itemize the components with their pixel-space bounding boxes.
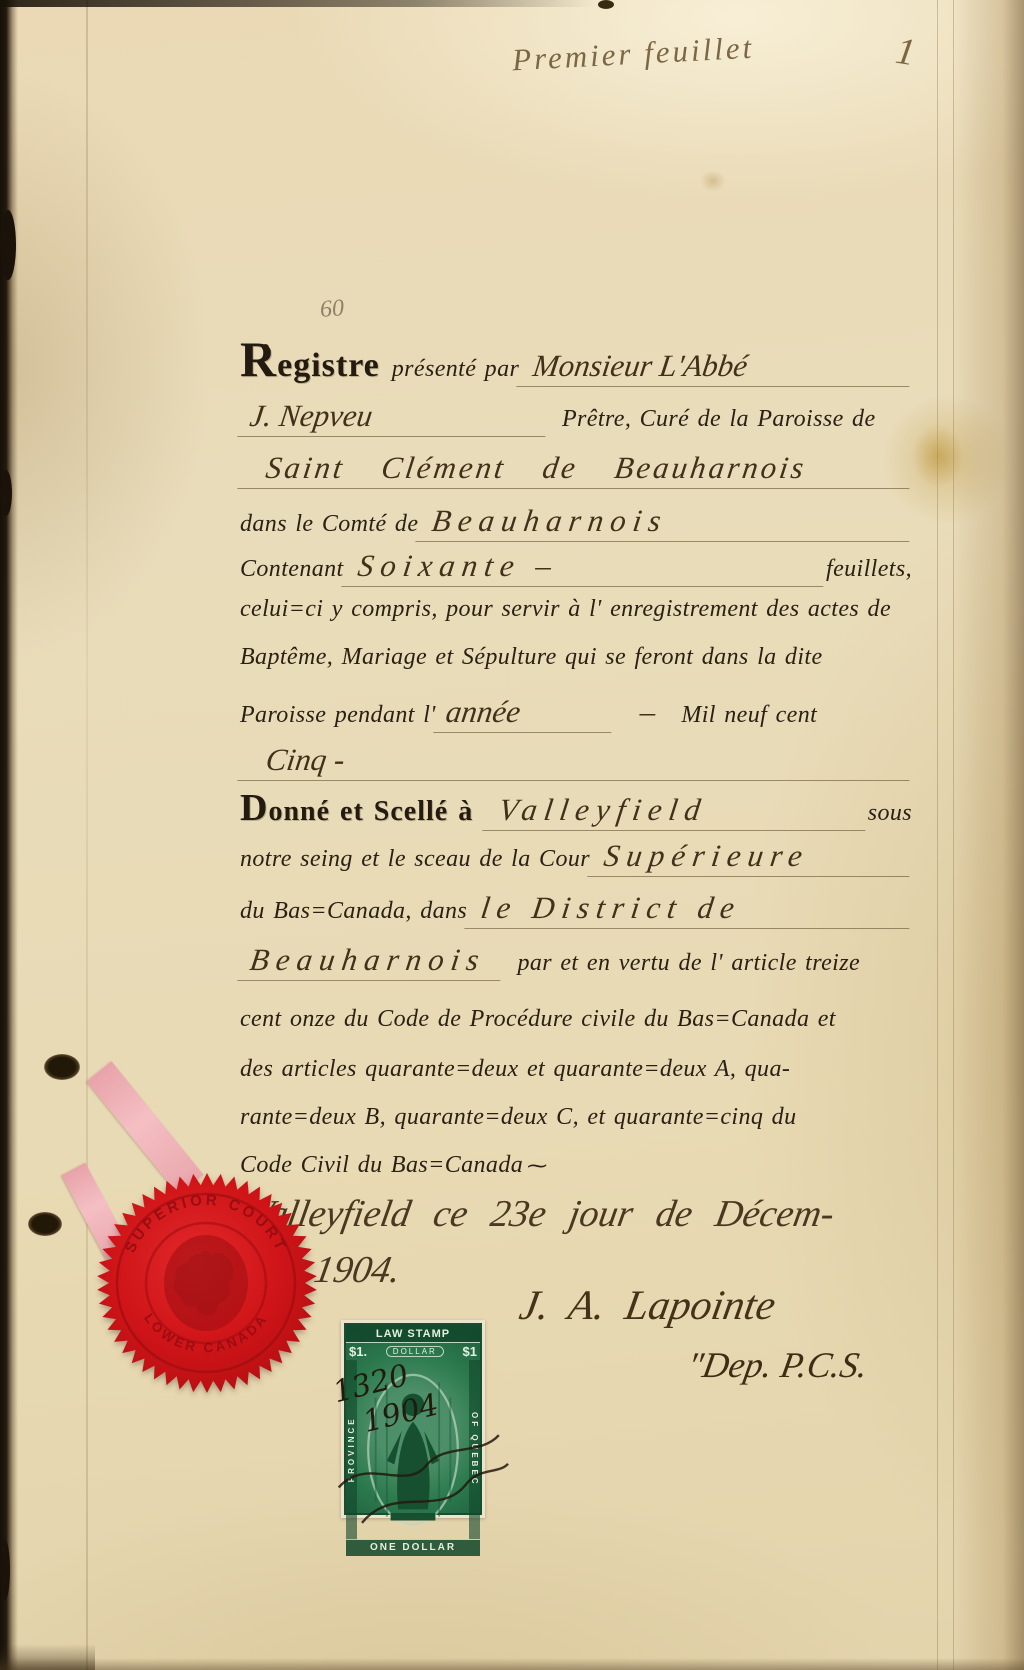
punch-hole: [44, 1054, 80, 1080]
form-line-county: dans le Comté de Beauharnois: [240, 503, 912, 542]
printed-given-sealed: Donné et Scellé à: [240, 786, 485, 830]
paper-stain: [912, 424, 964, 488]
paper-crease: [86, 0, 88, 1670]
printed-text: du Bas=Canada, dans: [240, 898, 467, 925]
seal-emblem: [164, 1235, 248, 1331]
printed-text: Mil neuf cent: [681, 702, 817, 729]
handwritten-year-value: Cinq -: [237, 742, 914, 781]
form-line-registre: Registre présenté par Monsieur L'Abbé: [240, 330, 912, 388]
handwritten-parish: Saint Clément de Beauharnois: [237, 450, 914, 489]
form-line-year-value: Cinq -: [240, 742, 912, 781]
stamp-side-right: OF QUEBEC: [469, 1360, 480, 1539]
form-line-clause2: Baptême, Mariage et Sépulture qui se fer…: [240, 644, 912, 671]
page-top-edge: [0, 0, 594, 7]
handwritten-place: Valleyfield: [482, 792, 870, 831]
form-line-district: du Bas=Canada, dans le District de: [240, 890, 912, 929]
handwritten-year-word: année: [433, 694, 616, 733]
form-line-clause9: rante=deux B, quarante=deux C, et quaran…: [240, 1104, 912, 1131]
form-line-court: notre seing et le sceau de la Cour Supér…: [240, 838, 912, 877]
printed-text: celui=ci y compris, pour servir à l' enr…: [240, 596, 891, 623]
handwritten-district: le District de: [464, 890, 914, 929]
handwritten-priest-name: J. Nepveu: [237, 398, 550, 437]
binding-blob: [0, 470, 12, 516]
form-line-clause8: des articles quarante=deux et quarante=d…: [240, 1056, 912, 1083]
stamp-bottom-label: ONE DOLLAR: [346, 1539, 480, 1556]
form-line-parish: Saint Clément de Beauharnois: [240, 450, 912, 489]
register-document-page: Premier feuillet 1 60 Registre présenté …: [0, 0, 1024, 1670]
form-line-district-name: Beauharnois par et en vertu de l' articl…: [240, 942, 912, 981]
form-line-given-sealed: Donné et Scellé à Valleyfield sous: [240, 786, 912, 831]
signature: J. A. Lapointe: [516, 1282, 779, 1330]
stamp-vignette: PROVINCE OF QUEBEC: [346, 1360, 480, 1539]
superior-court-seal: SUPERIOR COURT LOWER CANADA: [94, 1158, 320, 1408]
printed-text: Prêtre, Curé de la Paroisse de: [562, 406, 876, 433]
printed-text: cent onze du Code de Procédure civile du…: [240, 1006, 836, 1033]
printed-text: par et en vertu de l' article treize: [517, 950, 860, 977]
law-stamp-frame: LAW STAMP $1. DOLLAR $1 PROVINCE: [344, 1323, 482, 1515]
bottom-left-shadow: [0, 1644, 95, 1670]
printed-text: sous: [868, 800, 912, 827]
form-line-priest: J. Nepveu Prêtre, Curé de la Paroisse de: [240, 398, 912, 437]
handwritten-dash: –: [611, 694, 684, 730]
printed-text: présenté par: [392, 356, 519, 383]
form-line-folios: Contenant Soixante – feuillets,: [240, 548, 912, 587]
punch-hole: [28, 1212, 62, 1236]
printed-text: feuillets,: [826, 556, 912, 583]
handwritten-county: Beauharnois: [416, 503, 915, 542]
printed-text: notre seing et le sceau de la Cour: [240, 846, 590, 873]
printed-text: Paroisse pendant l': [240, 702, 436, 729]
registre-word: Registre: [240, 330, 392, 388]
stamp-justice-figure: [357, 1360, 469, 1539]
stamp-title: LAW STAMP: [346, 1325, 480, 1343]
handwritten-presenter: Monsieur L'Abbé: [516, 348, 914, 387]
stamp-denomination: DOLLAR: [386, 1346, 444, 1357]
ink-speck: [598, 0, 614, 9]
form-line-clause10: Code Civil du Bas=Canada: [240, 1152, 912, 1179]
printed-text: des articles quarante=deux et quarante=d…: [240, 1056, 790, 1083]
page-bottom-edge: [0, 1658, 1024, 1670]
handwritten-district-name: Beauharnois: [237, 942, 506, 981]
law-stamp: LAW STAMP $1. DOLLAR $1 PROVINCE: [341, 1320, 485, 1518]
pencil-note: 60: [319, 295, 345, 324]
page-right-edge: [952, 0, 1024, 1670]
page-edge-line: [953, 0, 954, 1670]
form-line-year: Paroisse pendant l' année – Mil neuf cen…: [240, 694, 912, 733]
stamp-value-right: $1: [463, 1344, 477, 1359]
binding-blob: [0, 210, 16, 280]
binding-blob: [0, 1540, 10, 1600]
handwritten-court: Supérieure: [587, 838, 914, 877]
signature-title: "Dep. P.C.S.: [684, 1344, 871, 1386]
stamp-side-left: PROVINCE: [346, 1360, 357, 1539]
printed-text: Contenant: [240, 556, 344, 583]
stamp-value-row: $1. DOLLAR $1: [346, 1343, 480, 1360]
header-annotation: Premier feuillet: [511, 30, 755, 79]
stamp-value-left: $1.: [349, 1344, 367, 1359]
printed-text: rante=deux B, quarante=deux C, et quaran…: [240, 1104, 796, 1131]
printed-text: Baptême, Mariage et Sépulture qui se fer…: [240, 644, 823, 671]
form-line-clause1: celui=ci y compris, pour servir à l' enr…: [240, 596, 912, 623]
form-line-clause7: cent onze du Code de Procédure civile du…: [240, 1006, 912, 1033]
handwritten-folio-count: Soixante –: [341, 548, 829, 587]
handwritten-dateline: Valleyfield ce 23e jour de Décem-: [246, 1192, 838, 1236]
page-number: 1: [893, 29, 919, 75]
page-edge-line: [937, 0, 938, 1670]
paper-stain: [700, 170, 726, 192]
printed-text: dans le Comté de: [240, 511, 418, 538]
